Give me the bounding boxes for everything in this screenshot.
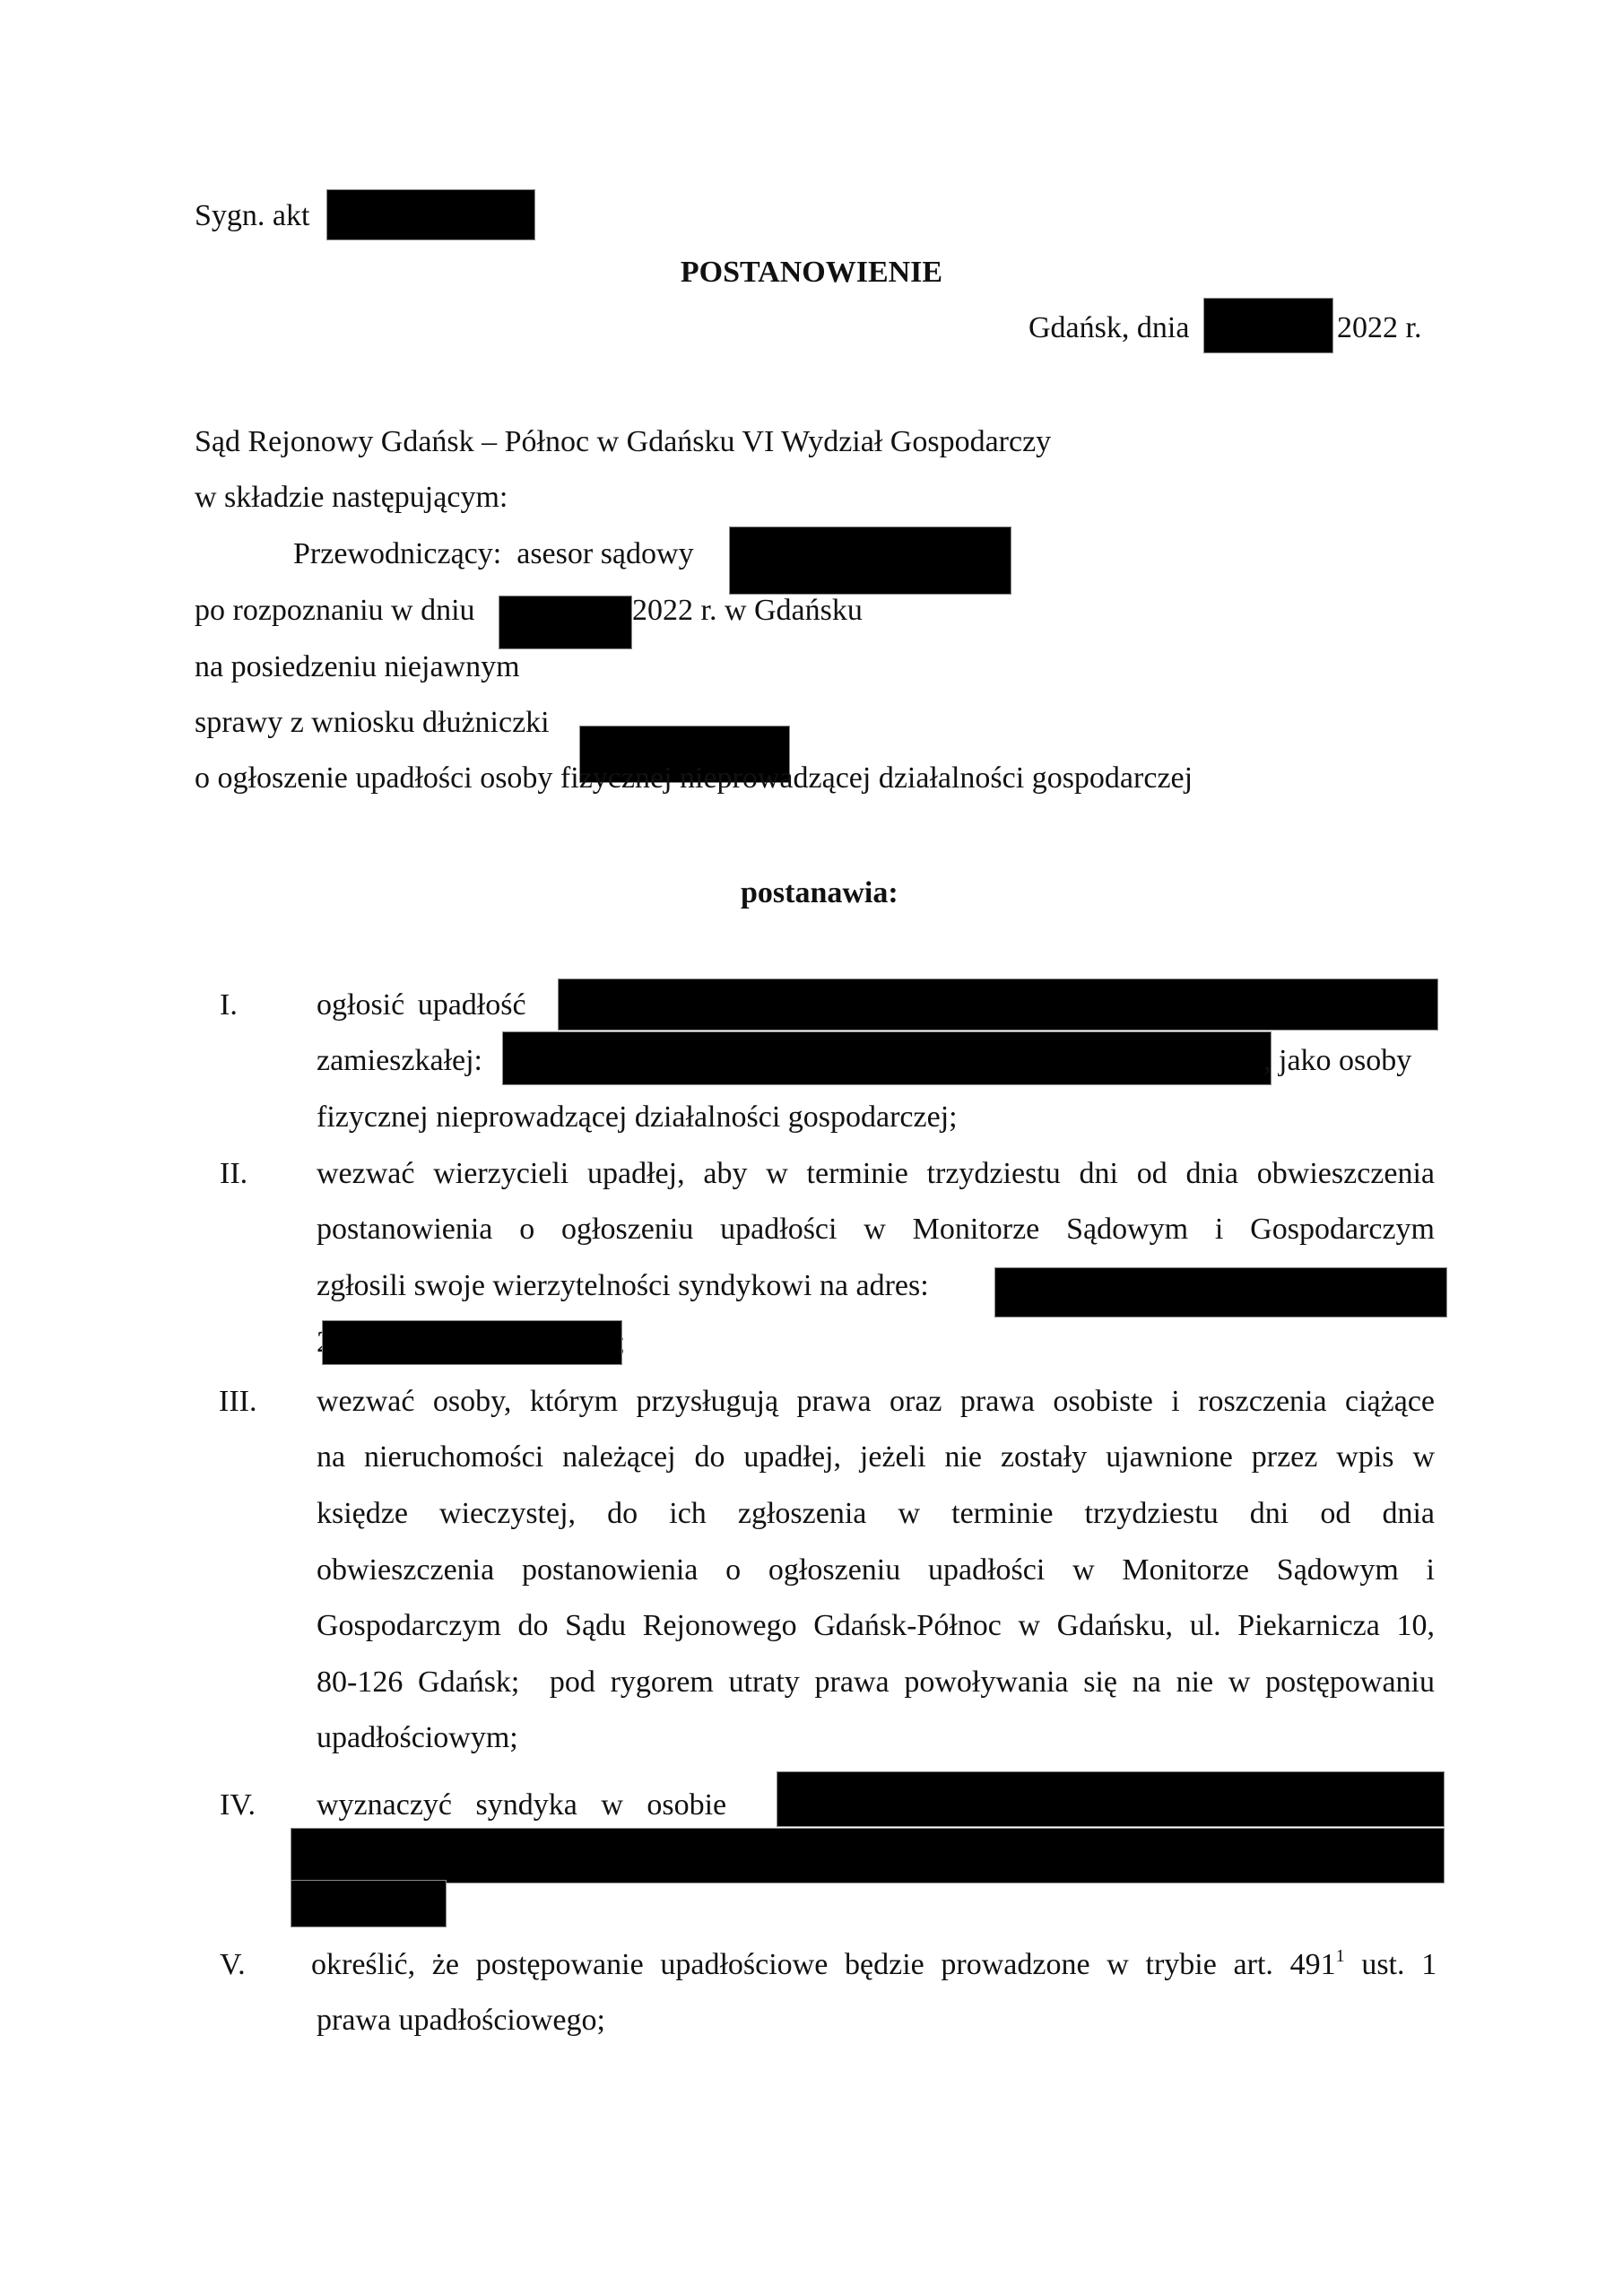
item-3-line-2: na nieruchomości należącej do upadłej, j…: [317, 1439, 1435, 1475]
case-reference-label: Sygn. akt: [195, 198, 309, 234]
court-name: Sąd Rejonowy Gdańsk – Północ w Gdańsku V…: [195, 424, 1051, 460]
redacted-trustee-address: [995, 1268, 1446, 1317]
item-2-line-1: wezwać wierzycieli upadłej, aby w termin…: [317, 1156, 1435, 1192]
item-3-line-5: Gospodarczym do Sądu Rejonowego Gdańsk-P…: [317, 1608, 1435, 1644]
redacted-hearing-date: [499, 596, 631, 648]
item-3-line-6: 80-126 Gdańsk; pod rygorem utraty prawa …: [317, 1665, 1435, 1700]
redacted-trustee-details: [291, 1829, 1444, 1883]
item-5-text: określić, że postępowanie upadłościowe b…: [311, 1948, 1336, 1981]
redacted-issue-date: [1204, 299, 1332, 352]
decision-heading: postanawia:: [741, 875, 898, 911]
hearing-date-suffix: 2022 r. w Gdańsku: [632, 593, 863, 629]
item-3-line-1: wezwać osoby, którym przysługują prawa o…: [317, 1384, 1435, 1420]
item-numeral-2: II.: [220, 1156, 247, 1192]
redacted-trustee-details-end: [291, 1881, 446, 1926]
item-1-line-2-tail: , jako osoby: [1263, 1043, 1411, 1079]
item-5-line-1: określić, że postępowanie upadłościowe b…: [311, 1947, 1429, 1983]
item-1-line-2: zamieszkałej:: [317, 1043, 482, 1079]
redacted-judge-name: [730, 527, 1011, 594]
hearing-date-prefix: po rozpoznaniu w dniu: [195, 593, 475, 629]
motion-label: sprawy z wniosku dłużniczki: [195, 705, 550, 741]
item-5-text-tail: ust. 1: [1345, 1948, 1437, 1981]
redacted-trustee-name: [777, 1772, 1444, 1826]
item-numeral-4: IV.: [220, 1787, 256, 1823]
item-2-line-3: zgłosili swoje wierzytelności syndykowi …: [317, 1268, 929, 1304]
case-subject: o ogłoszenie upadłości osoby fizycznej n…: [195, 761, 1193, 796]
item-1-line-3: fizycznej nieprowadzącej działalności go…: [317, 1100, 958, 1135]
composition-label: w składzie następującym:: [195, 480, 508, 516]
item-numeral-5: V.: [220, 1947, 246, 1983]
place-date-suffix: 2022 r.: [1337, 310, 1421, 346]
redacted-trustee-address-cont: [323, 1321, 621, 1364]
document-title: POSTANOWIENIE: [0, 255, 1623, 291]
item-5-line-2: prawa upadłościowego;: [317, 2003, 605, 2039]
item-3-line-3: księdze wieczystej, do ich zgłoszenia w …: [317, 1496, 1435, 1532]
presiding-judge-label: Przewodniczący: asesor sądowy: [293, 536, 694, 572]
item-4-line-1: wyznaczyć syndyka w osobie: [317, 1787, 726, 1823]
redacted-debtor-full-name: [559, 979, 1437, 1030]
item-3-line-4: obwieszczenia postanowienia o ogłoszeniu…: [317, 1552, 1435, 1588]
redacted-debtor-address: [503, 1032, 1271, 1084]
place-date-prefix: Gdańsk, dnia: [1028, 310, 1189, 346]
article-superscript: 1: [1336, 1946, 1345, 1966]
item-2-line-2: postanowienia o ogłoszeniu upadłości w M…: [317, 1212, 1435, 1248]
item-3-line-7: upadłościowym;: [317, 1720, 518, 1756]
item-1-line-1: ogłosić upadłość: [317, 987, 526, 1023]
redacted-case-number: [327, 190, 534, 239]
session-type: na posiedzeniu niejawnym: [195, 649, 520, 685]
item-numeral-3: III.: [219, 1384, 256, 1420]
item-numeral-1: I.: [220, 987, 238, 1023]
